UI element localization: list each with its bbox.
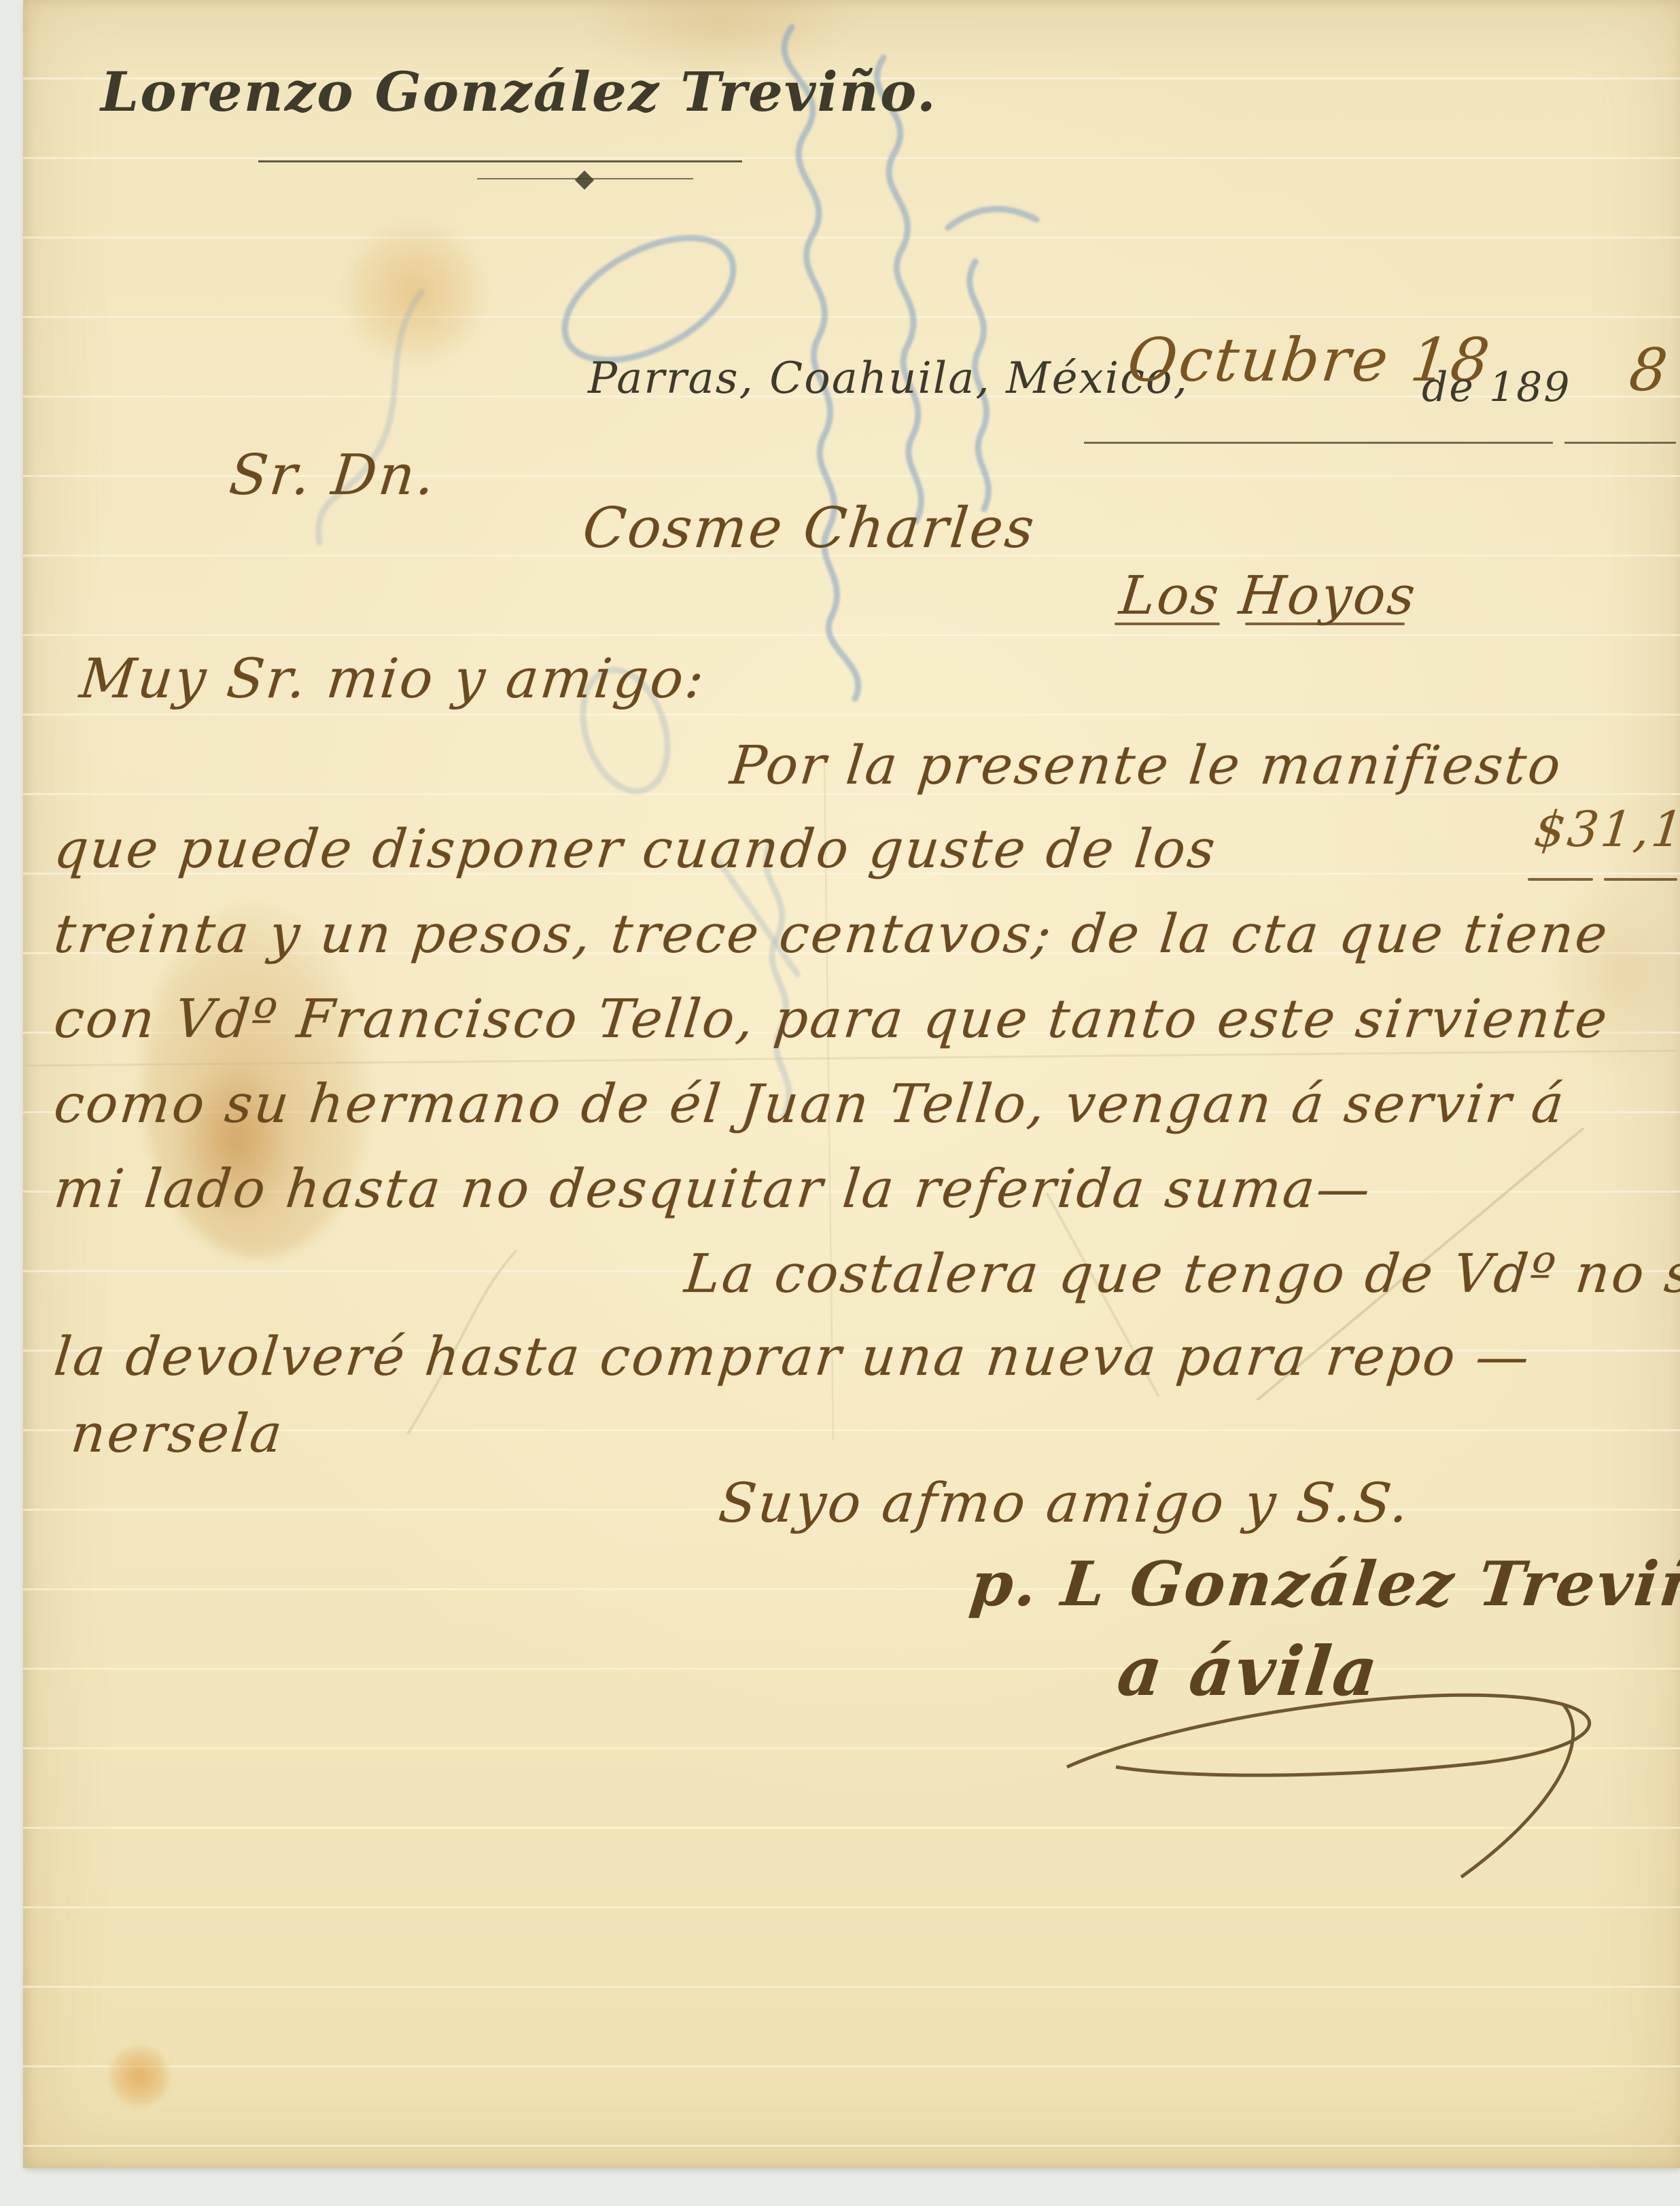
letterhead-rule	[258, 160, 742, 162]
amount-underline-2	[1604, 878, 1677, 881]
dateline-place: Parras, Coahuila, México,	[588, 353, 1189, 404]
body-line-7: La costalera que tengo de Vdº no se	[682, 1244, 1680, 1305]
body-line-5: como su hermano de él Juan Tello, vengan…	[51, 1074, 1569, 1135]
body-line-9: nersela	[68, 1403, 287, 1465]
dateline-underline-year	[1564, 442, 1676, 444]
recipient-location-underline-2	[1245, 623, 1405, 625]
body-line-3: treinta y un pesos, trece centavos; de l…	[51, 904, 1612, 965]
dateline-year-digit: 8	[1626, 336, 1673, 404]
recipient-location-underline-1	[1115, 623, 1220, 625]
body-line-8: la devolveré hasta comprar una nueva par…	[51, 1327, 1534, 1388]
salutation-line: Muy Sr. mio y amigo:	[77, 647, 709, 710]
dateline-printed-de: de 189	[1422, 364, 1571, 411]
recipient-name: Cosme Charles	[580, 496, 1039, 561]
letterhead-name: Lorenzo González Treviño.	[101, 60, 937, 124]
body-line-2: que puede disponer cuando guste de los	[51, 819, 1220, 880]
body-line-1: Por la presente le manifiesto	[727, 735, 1565, 796]
recipient-location: Los Hoyos	[1117, 565, 1420, 627]
signature-name: a ávila	[1114, 1631, 1384, 1711]
body-line-4: con Vdº Francisco Tello, para que tanto …	[51, 989, 1612, 1050]
signature-pp: p. L González Treviño	[966, 1548, 1680, 1620]
amount-underline-1	[1528, 878, 1593, 881]
dateline-underline	[1084, 442, 1553, 444]
body-line-6: mi lado hasta no desquitar la referida s…	[51, 1159, 1375, 1220]
closing-farewell: Suyo afmo amigo y S.S.	[716, 1471, 1414, 1535]
scanned-letter: Lorenzo González Treviño. Parras, Coahui…	[0, 0, 1680, 2206]
amount-figure: $31,13	[1532, 801, 1680, 858]
recipient-prefix: Sr. Dn.	[226, 443, 440, 508]
